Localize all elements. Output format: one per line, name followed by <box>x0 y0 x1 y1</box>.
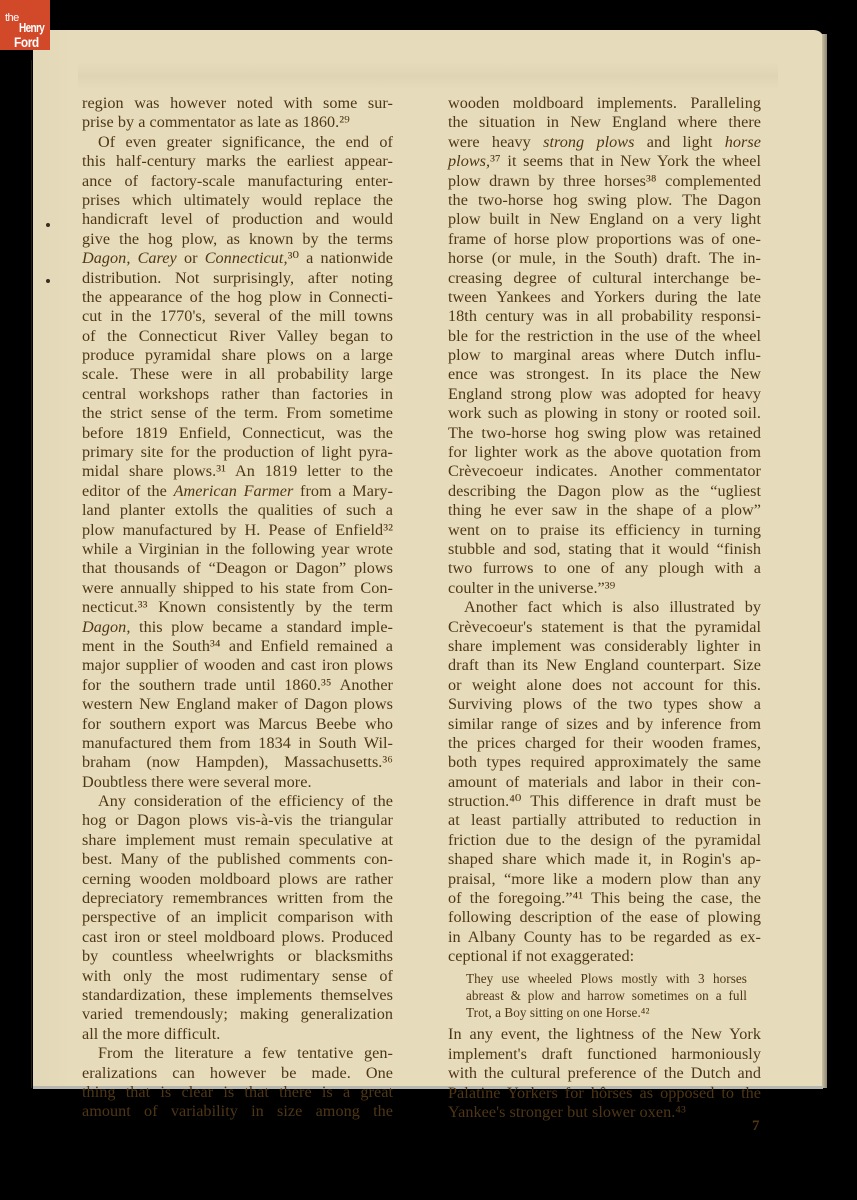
italic-term: strong plows <box>543 133 634 151</box>
text-line: of the foregoing.”⁴¹ This being the case… <box>448 889 761 908</box>
text-line: share implement must remain speculative … <box>82 831 393 850</box>
text-line: varied tremendously; making generalizati… <box>82 1005 393 1024</box>
text-line: region was however noted with some sur- <box>82 94 393 113</box>
text-line: Dagon, Carey or Connecticut,³⁰ a nationw… <box>82 249 393 268</box>
text-line: plow built in New England on a very ligh… <box>448 210 761 229</box>
logo-ford: Ford <box>14 35 39 49</box>
logo-the: the <box>5 13 19 24</box>
text-line: amount of materials and labor in their c… <box>448 773 761 792</box>
text-line: the two-horse hog swing plow. The Dagon <box>448 191 761 210</box>
text-line: Palatine Yorkers for hôrses as opposed t… <box>448 1084 761 1103</box>
binding-hole-mark <box>46 279 50 283</box>
text-line: that thousands of “Deagon or Dagon” plow… <box>82 559 393 578</box>
text-line: thing that is clear is that there is a g… <box>82 1083 393 1102</box>
text-line: standardization, these implements themse… <box>82 986 393 1005</box>
text-line: best. Many of the published comments con… <box>82 850 393 869</box>
text-line: Any consideration of the efficiency of t… <box>82 792 393 811</box>
left-text-column: region was however noted with some sur-p… <box>82 94 393 1122</box>
text-line: hog or Dagon plows vis-à-vis the triangu… <box>82 811 393 830</box>
text-line: ble for the restriction in the use of th… <box>448 327 761 346</box>
page-edge-right <box>822 34 827 1088</box>
text-line: at least partially attributed to reducti… <box>448 811 761 830</box>
text-line: following description of the ease of plo… <box>448 908 761 927</box>
text-line: handicraft level of production and would <box>82 210 393 229</box>
text-line: Doubtless there were several more. <box>82 773 393 792</box>
right-text-column: wooden moldboard implements. Paralleling… <box>448 94 761 1122</box>
text-line: ance of factory-scale manufacturing ente… <box>82 172 393 191</box>
text-line: both types required approximately the sa… <box>448 753 761 772</box>
text-line: They use wheeled Plows mostly with 3 hor… <box>466 970 747 987</box>
text-line: England strong plow was adopted for heav… <box>448 385 761 404</box>
text-line: Surviving plows of the two types show a <box>448 695 761 714</box>
text-line: the situation in New England where there <box>448 113 761 132</box>
text-line: thing he ever saw in the shape of a plow… <box>448 501 761 520</box>
bleed-through-heading <box>78 62 778 90</box>
binding-fold-line <box>31 60 32 1088</box>
binding-hole-mark <box>46 223 50 227</box>
page-number: 7 <box>752 1118 760 1135</box>
italic-term: Dagon, Carey <box>82 249 177 267</box>
henry-ford-logo: the Henry Ford <box>0 0 50 50</box>
text-line: cut in the 1770's, several of the mill t… <box>82 307 393 326</box>
text-line: ence was strongest. In its place the New <box>448 365 761 384</box>
italic-term: Connecticut, <box>205 249 288 267</box>
text-line: ceptional if not exaggerated: <box>448 947 761 966</box>
text-line: for lighter work as the above quotation … <box>448 443 761 462</box>
text-line: stubble and sod, stating that it would “… <box>448 540 761 559</box>
text-line: prises which ultimately would replace th… <box>82 191 393 210</box>
text-line: horse (or mule, in the South) draft. The… <box>448 249 761 268</box>
text-line: abreast & plow and harrow sometimes on a… <box>466 987 747 1004</box>
text-line: while a Virginian in the following year … <box>82 540 393 559</box>
text-line: central workshops rather than factories … <box>82 385 393 404</box>
text-line: by countless wheelwrights or blacksmiths <box>82 947 393 966</box>
text-line: the appearance of the hog plow in Connec… <box>82 288 393 307</box>
italic-term: Dagon, <box>82 618 130 636</box>
text-line: cerning wooden moldboard plows are rathe… <box>82 870 393 889</box>
text-line: struction.⁴⁰ This difference in draft mu… <box>448 792 761 811</box>
text-line: similar range of sizes and by inference … <box>448 715 761 734</box>
text-line: in Albany County has to be regarded as e… <box>448 928 761 947</box>
text-line: plows,³⁷ it seems that in New York the w… <box>448 152 761 171</box>
text-line: coulter in the universe.”³⁹ <box>448 579 761 598</box>
italic-term: horse <box>725 133 761 151</box>
text-line: In any event, the lightness of the New Y… <box>448 1025 761 1044</box>
text-line: for the southern trade until 1860.³⁵ Ano… <box>82 676 393 695</box>
text-line: praisal, “more like a modern plow than a… <box>448 870 761 889</box>
text-line: share implement was considerably lighter… <box>448 637 761 656</box>
text-line: creasing degree of cultural interchange … <box>448 269 761 288</box>
text-line: necticut.³³ Known consistently by the te… <box>82 598 393 617</box>
text-line: work such as plowing in stony or rooted … <box>448 404 761 423</box>
text-line: ment in the South³⁴ and Enfield remained… <box>82 637 393 656</box>
text-line: draft than its New England counterpart. … <box>448 656 761 675</box>
text-line: major supplier of wooden and cast iron p… <box>82 656 393 675</box>
text-line: Dagon, this plow became a standard imple… <box>82 618 393 637</box>
text-line: went on to praise its efficiency in turn… <box>448 521 761 540</box>
text-line: plow manufactured by H. Pease of Enfield… <box>82 521 393 540</box>
text-line: or weight alone does not account for thi… <box>448 676 761 695</box>
text-line: of the Connecticut River Valley began to <box>82 327 393 346</box>
logo-henry: Henry <box>19 22 44 35</box>
block-quote: They use wheeled Plows mostly with 3 hor… <box>448 970 761 1022</box>
right-column-body-before-quote: wooden moldboard implements. Paralleling… <box>448 94 761 967</box>
text-line: wooden moldboard implements. Paralleling <box>448 94 761 113</box>
text-line: describing the Dagon plow as the “uglies… <box>448 482 761 501</box>
text-line: depreciatory remembrances written from t… <box>82 889 393 908</box>
text-line: Crèvecoeur indicates. Another commentato… <box>448 462 761 481</box>
text-line: cast iron or steel moldboard plows. Prod… <box>82 928 393 947</box>
text-line: western New England maker of Dagon plows <box>82 695 393 714</box>
text-line: the prices charged for their wooden fram… <box>448 734 761 753</box>
text-line: eralizations can however be made. One <box>82 1064 393 1083</box>
text-line: were annually shipped to his state from … <box>82 579 393 598</box>
text-line: distribution. Not surprisingly, after no… <box>82 269 393 288</box>
text-line: Of even greater significance, the end of <box>82 133 393 152</box>
italic-term: American Farmer <box>174 482 294 500</box>
text-line: the strict sense of the term. From somet… <box>82 404 393 423</box>
text-line: tween Yankees and Yorkers during the lat… <box>448 288 761 307</box>
text-line: with the cultural preference of the Dutc… <box>448 1064 761 1083</box>
text-line: for southern export was Marcus Beebe who <box>82 715 393 734</box>
text-line: plow to marginal areas where Dutch influ… <box>448 346 761 365</box>
text-line: perspective of an implicit comparison wi… <box>82 908 393 927</box>
text-line: plow drawn by three horses³⁸ complemente… <box>448 172 761 191</box>
text-line: Yankee's stronger but slower oxen.⁴³ <box>448 1103 761 1122</box>
italic-term: plows, <box>448 152 490 170</box>
text-line: 18th century was in all probability resp… <box>448 307 761 326</box>
text-line: this half-century marks the earliest app… <box>82 152 393 171</box>
text-line: all the more difficult. <box>82 1025 393 1044</box>
text-line: give the hog plow, as known by the terms <box>82 230 393 249</box>
text-line: The two-horse hog swing plow was retaine… <box>448 424 761 443</box>
text-line: braham (now Hampden), Massachusetts.³⁶ <box>82 753 393 772</box>
text-line: Another fact which is also illustrated b… <box>448 598 761 617</box>
text-line: shaped share which made it, in Rogin's a… <box>448 850 761 869</box>
text-line: with only the most rudimentary sense of <box>82 967 393 986</box>
text-line: primary site for the production of light… <box>82 443 393 462</box>
text-line: friction due to the design of the pyrami… <box>448 831 761 850</box>
text-line: frame of horse plow proportions was of o… <box>448 230 761 249</box>
text-line: scale. These were in all probability lar… <box>82 365 393 384</box>
text-line: two furrows to one of any plough with a <box>448 559 761 578</box>
text-line: manufactured them from 1834 in South Wil… <box>82 734 393 753</box>
text-line: Crèvecoeur's statement is that the pyram… <box>448 618 761 637</box>
text-line: were heavy strong plows and light horse <box>448 133 761 152</box>
text-line: implement's draft functioned harmoniousl… <box>448 1045 761 1064</box>
text-line: From the literature a few tentative gen- <box>82 1044 393 1063</box>
text-line: editor of the American Farmer from a Mar… <box>82 482 393 501</box>
text-line: Trot, a Boy sitting on one Horse.⁴² <box>466 1004 747 1021</box>
text-line: produce pyramidal share plows on a large <box>82 346 393 365</box>
text-line: midal share plows.³¹ An 1819 letter to t… <box>82 462 393 481</box>
text-line: prise by a commentator as late as 1860.²… <box>82 113 393 132</box>
text-line: land planter extolls the qualities of su… <box>82 501 393 520</box>
text-line: before 1819 Enfield, Connecticut, was th… <box>82 424 393 443</box>
right-column-body-after-quote: In any event, the lightness of the New Y… <box>448 1025 761 1122</box>
text-line: amount of variability in size among the <box>82 1102 393 1121</box>
